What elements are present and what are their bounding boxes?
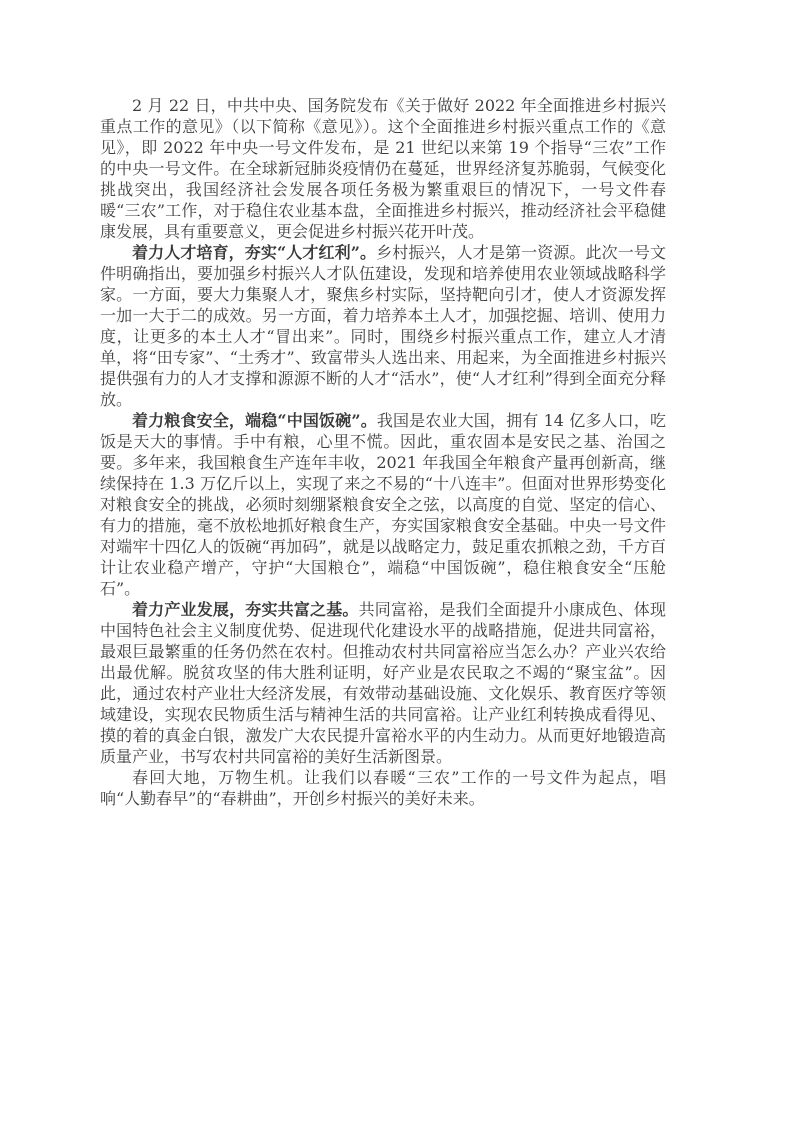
paragraph-lead: 着力人才培育，夯实“人才红利”。	[132, 243, 376, 262]
paragraph-text: 乡村振兴，人才是第一资源。此次一号文件明确指出，要加强乡村振兴人才队伍建设，发现…	[100, 243, 666, 409]
document-body: 2 月 22 日，中共中央、国务院发布《关于做好 2022 年全面推进乡村振兴重…	[100, 95, 666, 809]
paragraph-industry: 着力产业发展，夯实共富之基。共同富裕，是我们全面提升小康成色、体现中国特色社会主…	[100, 599, 666, 767]
document-page: 2 月 22 日，中共中央、国务院发布《关于做好 2022 年全面推进乡村振兴重…	[0, 0, 793, 1122]
paragraph-text: 我国是农业大国，拥有 14 亿多人口，吃饭是天大的事情。手中有粮，心里不慌。因此…	[100, 411, 666, 598]
paragraph-text: 春回大地，万物生机。让我们以春暖“三农”工作的一号文件为起点，唱响“人勤春早”的…	[100, 768, 666, 808]
paragraph-talent: 着力人才培育，夯实“人才红利”。乡村振兴，人才是第一资源。此次一号文件明确指出，…	[100, 242, 666, 410]
paragraph-text: 共同富裕，是我们全面提升小康成色、体现中国特色社会主义制度优势、促进现代化建设水…	[100, 600, 666, 766]
paragraph-text: 2 月 22 日，中共中央、国务院发布《关于做好 2022 年全面推进乡村振兴重…	[100, 96, 666, 241]
paragraph-food-security: 着力粮食安全，端稳“中国饭碗”。我国是农业大国，拥有 14 亿多人口，吃饭是天大…	[100, 410, 666, 599]
paragraph-intro: 2 月 22 日，中共中央、国务院发布《关于做好 2022 年全面推进乡村振兴重…	[100, 95, 666, 242]
paragraph-closing: 春回大地，万物生机。让我们以春暖“三农”工作的一号文件为起点，唱响“人勤春早”的…	[100, 767, 666, 809]
paragraph-lead: 着力产业发展，夯实共富之基。	[132, 600, 359, 619]
paragraph-lead: 着力粮食安全，端稳“中国饭碗”。	[132, 411, 377, 430]
